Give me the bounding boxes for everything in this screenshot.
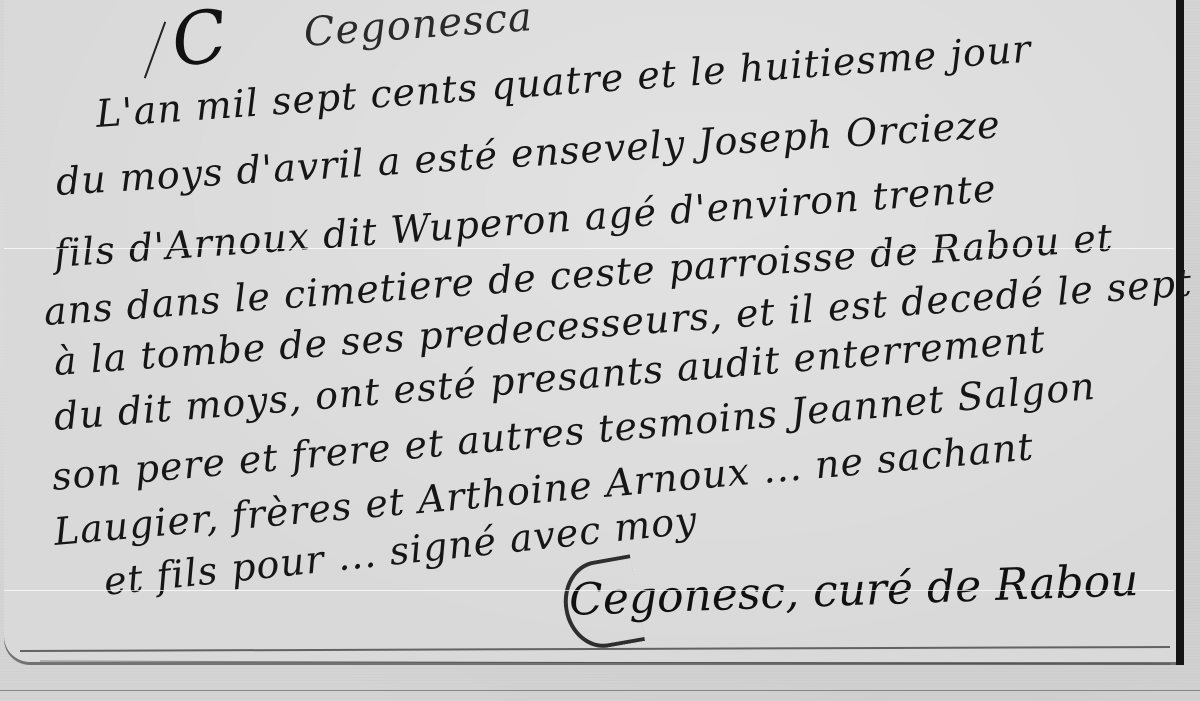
- manuscript-page: C Cegonesca L'an mil sept cents quatre e…: [4, 0, 1184, 665]
- header-name: Cegonesca: [302, 0, 534, 56]
- page-edge-line: [0, 690, 1200, 691]
- margin-stroke: [144, 21, 166, 78]
- scan-streak: [4, 248, 1174, 249]
- scanned-document-background: C Cegonesca L'an mil sept cents quatre e…: [0, 0, 1200, 701]
- scan-streak: [4, 590, 1174, 591]
- margin-initial: C: [166, 0, 233, 84]
